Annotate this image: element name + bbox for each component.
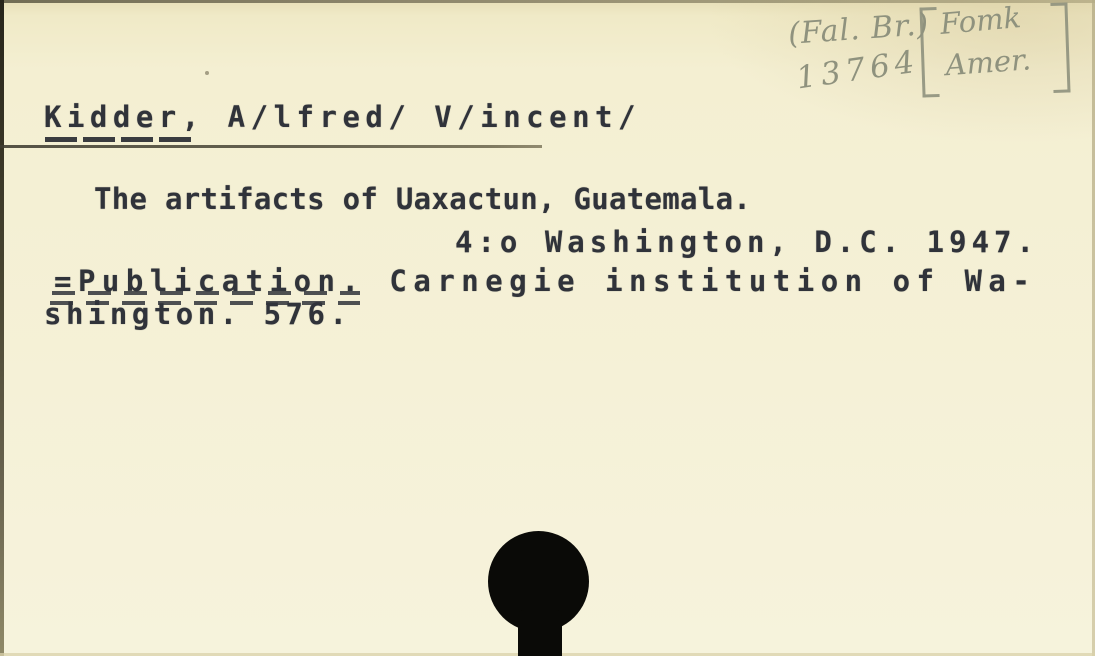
bracket-note-line1: Fomk: [939, 0, 1023, 41]
handwritten-accession-number: 13764: [794, 44, 921, 97]
bracket-right-stroke: [1050, 2, 1070, 93]
title-line: The artifacts of Uaxactun, Guatemala.: [94, 182, 751, 216]
author-heading: Kidder, A/lfred/ V/incent/: [44, 100, 641, 134]
hole-punch-stem: [518, 610, 562, 656]
catalog-card: (Fal. Br.) 13764 Fomk Amer. Kidder, A/lf…: [0, 0, 1095, 656]
series-underline-dashes-1: [52, 291, 360, 295]
series-underline-dashes-2: [50, 301, 360, 305]
author-underline-dashes: [45, 137, 193, 142]
scan-edge-left: [0, 0, 4, 656]
bracket-note-line2: Amer.: [944, 42, 1032, 82]
heading-rule-line: [0, 145, 542, 148]
paper-speck: [205, 71, 209, 75]
handwritten-bracket-note: Fomk Amer.: [919, 2, 1070, 97]
imprint-line: 4:o Washington, D.C. 1947.: [455, 225, 1039, 259]
bracket-left-stroke: [919, 7, 939, 98]
scan-edge-top: [0, 0, 1095, 3]
